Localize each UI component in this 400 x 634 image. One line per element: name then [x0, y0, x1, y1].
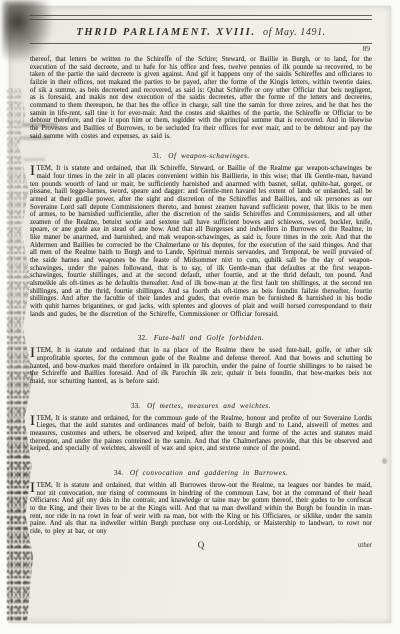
section-number: 31.	[152, 152, 161, 160]
section-title: Of mettes, measures and weichtes.	[147, 402, 271, 410]
section-body-text: TEM, It is statute and ordained, that wi…	[30, 482, 372, 535]
act-section-34: 34.Of convocation and gaddering in Burro…	[30, 469, 372, 536]
scan-speck-right-margin	[382, 458, 387, 464]
drop-cap: I	[30, 415, 35, 428]
page-number: 89	[30, 45, 370, 52]
header-top-double-rule	[30, 15, 372, 20]
section-body: ITEM, It is statute and ordained that in…	[30, 347, 372, 385]
section-heading: 34.Of convocation and gaddering in Burro…	[30, 469, 372, 477]
page-content: THRID PARLIAMENT. XVIII. of May. 1491. 8…	[30, 15, 372, 552]
section-title: Of convocation and gaddering in Burrowes…	[130, 469, 288, 477]
running-header: THRID PARLIAMENT. XVIII. of May. 1491. 8…	[30, 15, 372, 52]
signature-mark: Q	[30, 540, 372, 550]
scan-noise-left-edge	[6, 88, 33, 621]
section-body-text: TEM, It is statute and ordained that in …	[30, 347, 372, 385]
drop-cap: I	[30, 482, 35, 495]
section-body: ITEM, It is statute and ordained, for th…	[30, 415, 372, 453]
scanned-page-screenshot: THRID PARLIAMENT. XVIII. of May. 1491. 8…	[0, 0, 400, 634]
page-title: THRID PARLIAMENT. XVIII. of May. 1491.	[30, 20, 372, 43]
act-section-31: 31.Of weapon-schawinges. ITEM, It is sta…	[30, 152, 372, 318]
book-page: THRID PARLIAMENT. XVIII. of May. 1491. 8…	[9, 6, 391, 623]
section-heading: 31.Of weapon-schawinges.	[30, 152, 372, 160]
header-bottom-rule	[30, 43, 372, 44]
page-title-date: of May. 1491.	[263, 27, 326, 38]
signature-line: Q uther	[30, 540, 372, 552]
act-section-33: 33.Of mettes, measures and weichtes. ITE…	[30, 402, 372, 453]
section-body-text: TEM, It is statute and ordained, for the…	[30, 415, 372, 453]
section-number: 34.	[114, 469, 123, 477]
continuation-paragraph: thereof, that letters be written to the …	[30, 56, 372, 140]
section-heading: 33.Of mettes, measures and weichtes.	[30, 402, 372, 410]
section-body-text: TEM, It is statute and ordained, that il…	[30, 165, 372, 317]
drop-cap: I	[30, 347, 35, 360]
section-title: Of weapon-schawinges.	[168, 152, 249, 160]
act-section-32: 32.Fute-ball and Golfe forbidden. ITEM, …	[30, 334, 372, 385]
section-number: 32.	[138, 334, 147, 342]
section-heading: 32.Fute-ball and Golfe forbidden.	[30, 334, 372, 342]
section-body: ITEM, It is statute and ordained, that w…	[30, 482, 372, 536]
section-number: 33.	[131, 402, 140, 410]
catchword: uther	[358, 542, 372, 549]
section-title: Fute-ball and Golfe forbidden.	[154, 334, 264, 342]
page-title-main: THRID PARLIAMENT. XVIII.	[76, 27, 256, 38]
drop-cap: I	[30, 165, 35, 178]
section-body: ITEM, It is statute and ordained, that i…	[30, 165, 372, 318]
